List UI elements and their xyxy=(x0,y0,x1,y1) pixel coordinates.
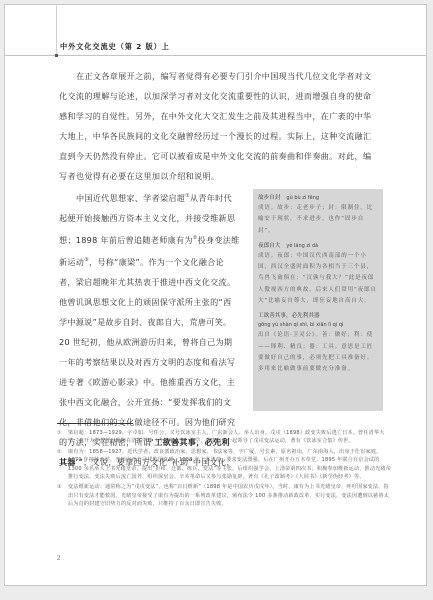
body-line: 者，梁启超晚年尤其热衷于推进中西文化交流。 xyxy=(59,272,243,292)
glossary-term: 夜郎自大 xyxy=(258,243,280,249)
footnote-separator xyxy=(57,423,133,424)
body-line: 进专著《欧游心影录》中。他推重西方文化，主 xyxy=(59,372,243,392)
body-line: 新运动③，号称“康梁”。作为一个文化融合论 xyxy=(59,250,243,272)
header-vertical-rule xyxy=(56,5,57,55)
glossary-entry: 夜郎自大yè láng zì dà 成语。夜郎：中国汉代西南部的一个小国，西汉全… xyxy=(258,242,378,307)
glossary-definition: 出自《论语·卫灵公》。善：做好；利：使——锋利、精良；器：工具。意思是工匠要做好… xyxy=(258,330,378,375)
intro-paragraph: 在正文各章展开之前，编写者觉得有必要专门引介中国现当代几位文化学者对文 化交流的… xyxy=(59,66,392,186)
glossary-pinyin: gōng yù shàn qí shì, bì xiān lì qí qì xyxy=(258,321,378,330)
body-line: 起便开始接触西方资本主义文化，并接受维新思 xyxy=(59,208,243,228)
glossary-term: 故步自封 xyxy=(258,195,280,201)
glossary-pinyin: yè láng zì dà xyxy=(286,243,318,249)
glossary-pinyin: gù bù zì fēng xyxy=(286,195,319,201)
body-line: 中国近代思想家、学者梁启超①从青年时代 xyxy=(59,186,243,208)
page-number: 2 xyxy=(57,554,61,562)
intro-line: 直到今天仍然没有停止。它可以被看成是中外文化交流的前奏曲和伴奏曲。对此，编 xyxy=(59,146,392,166)
glossary-entry: 故步自封gù bù zì fēng 成语。故步：走老步子；封：限制住。比喻安于现… xyxy=(258,194,378,237)
glossary-definition: 成语。故步：走老步子；封：限制住。比喻安于现状，不求进步，也作“固步自封”。 xyxy=(258,203,378,237)
footnote-text: 变法维新运动：通常称之为“戊戌变法”，也称“百日维新”（1898 年是中国农历戊… xyxy=(68,483,393,508)
body-line: 张中西文化融合，公开宣扬：“要发挥我们的文 xyxy=(59,392,243,412)
intro-line: 大地上，中华各民族间的文化交融曾经历过一个漫长的过程。实际上，这种交流融汇 xyxy=(59,126,392,146)
glossary-term: 工欲善其事，必先利其器 xyxy=(258,312,378,321)
footnote-2: ② 康有为：1858—1927，近代学者、改良派政治家、思想家、书法家等，字广厦… xyxy=(57,448,393,482)
glossary-definition: 成语。夜郎：中国汉代西南部的一个小国，西汉全盛时面积为各相当于三个县，鸟兽飞禽俱… xyxy=(258,251,378,307)
footnote-number: ① xyxy=(57,429,68,446)
footnote-1: ① 梁启超：1873—1929，字卓如，号任公，又号饮冰室主人，广东新会人。举人… xyxy=(57,429,393,446)
footnote-number: ② xyxy=(57,448,68,482)
glossary-sidebar: 故步自封gù bù zì fēng 成语。故步：走老步子；封：限制住。比喻安于现… xyxy=(253,189,383,411)
body-line: 学中源说”是故步自封、夜郎自大，荒唐可笑。 xyxy=(59,312,243,332)
glossary-entry: 工欲善其事，必先利其器 gōng yù shàn qí shì, bì xiān… xyxy=(258,312,378,375)
header-corner-marker xyxy=(55,54,58,57)
running-header-title: 中外文化交流史（第 2 版）上 xyxy=(60,42,170,52)
footnote-text: 梁启超：1873—1929，字卓如，号任公，又号饮冰室主人，广东新会人。举人出身… xyxy=(68,429,393,446)
footnote-text: 康有为：1858—1927，近代学者、改良派政治家、思想家、书法家等，字广厦，号… xyxy=(68,448,393,482)
body-line: 他曾讥讽思想文化上的顽固保守派所主张的“西 xyxy=(59,292,243,312)
intro-line: 化交流的理解与论述，以加深学习者对文化交流重要性的认识，进而增强自身的使命 xyxy=(59,86,392,106)
footnote-number: ③ xyxy=(57,483,68,508)
document-page: 中外文化交流史（第 2 版）上 在正文各章展开之前，编写者觉得有必要专门引介中国… xyxy=(4,4,427,586)
body-line: 20 世纪初，他从欧洲游历归来，曾将自己为期 xyxy=(59,332,243,352)
body-line: 一年的考察结果以及对西方文明的态度和看法写 xyxy=(59,352,243,372)
intro-line: 感和学习的自觉性。另外，在中外文化大交汇发生之前及其进程当中，在广袤的中华 xyxy=(59,106,392,126)
header-horizontal-rule xyxy=(5,55,426,56)
footnote-3: ③ 变法维新运动：通常称之为“戊戌变法”，也称“百日维新”（1898 年是中国农… xyxy=(57,483,393,508)
intro-line: 在正文各章展开之前，编写者觉得有必要专门引介中国现当代几位文化学者对文 xyxy=(59,66,392,86)
footnotes: ① 梁启超：1873—1929，字卓如，号任公，又号饮冰室主人，广东新会人。举人… xyxy=(57,429,393,511)
body-line: 想；1898 年前后曾追随老师康有为②投身变法维 xyxy=(59,228,243,250)
intro-line: 写者也觉得有必要在这里加以介绍和说明。 xyxy=(59,166,392,186)
